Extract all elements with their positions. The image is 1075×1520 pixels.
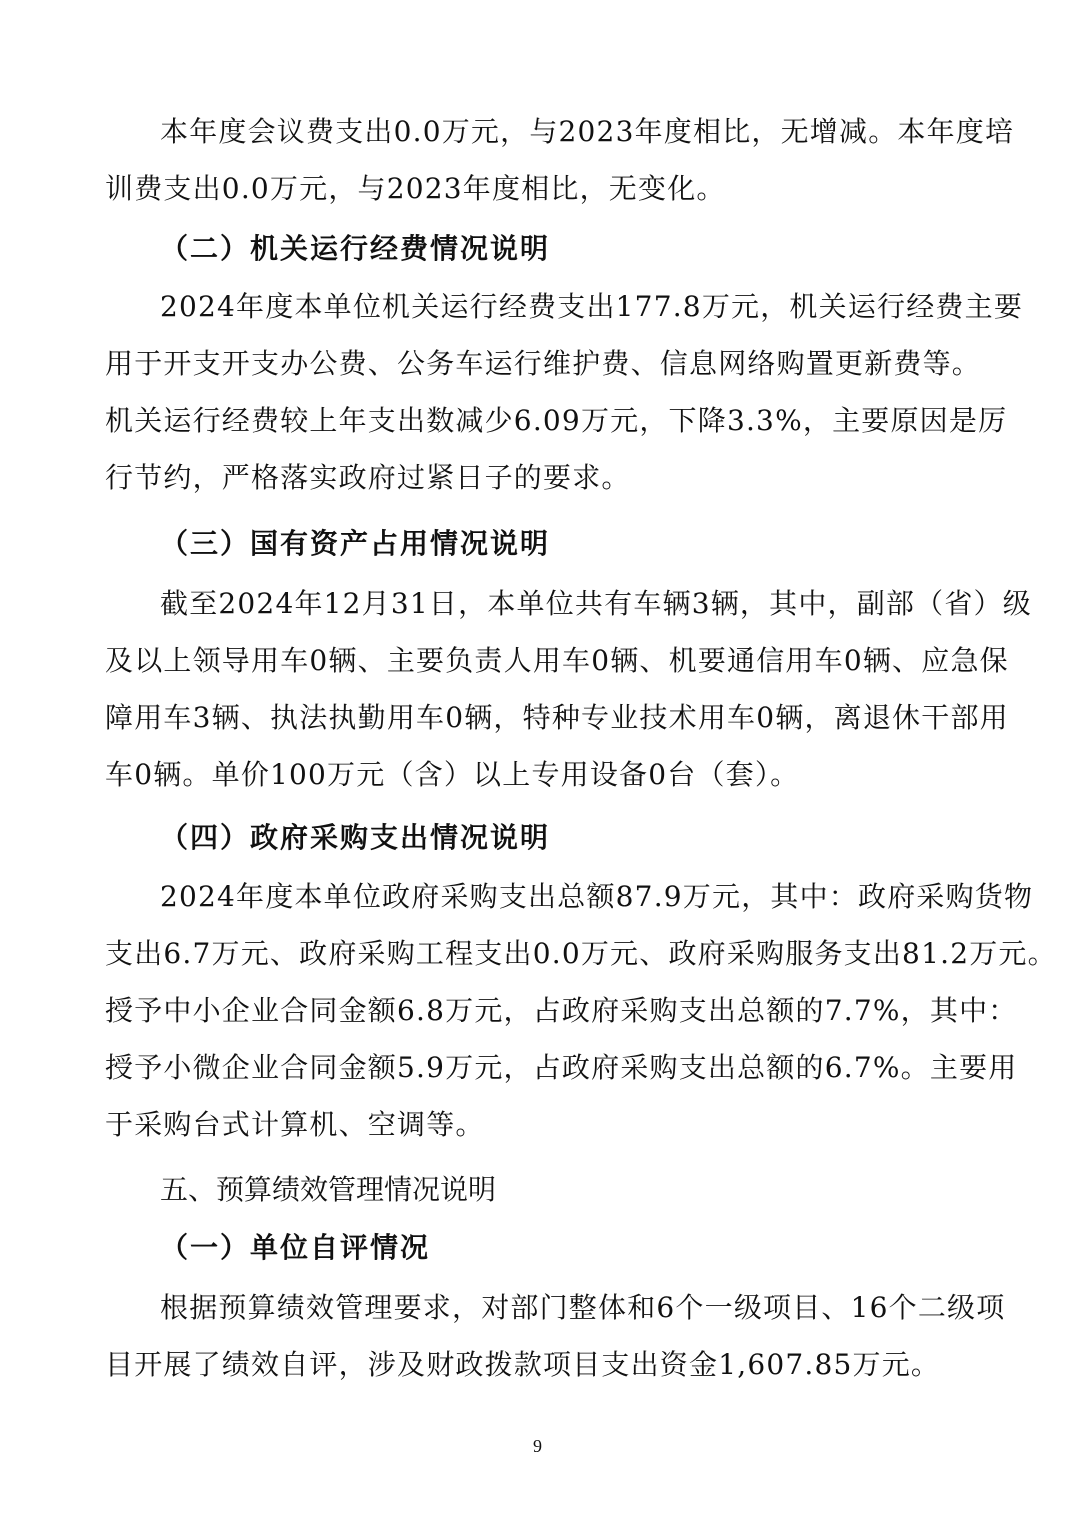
paragraph-line: 用于开支开支办公费、公务车运行维护费、信息网络购置更新费等。	[105, 344, 973, 384]
paragraph-line: 授予中小企业合同金额6.8万元，占政府采购支出总额的7.7%，其中：	[105, 991, 973, 1031]
paragraph-line: 根据预算绩效管理要求，对部门整体和6个一级项目、16个二级项	[160, 1288, 973, 1328]
paragraph-line: 授予小微企业合同金额5.9万元，占政府采购支出总额的6.7%。主要用	[105, 1048, 973, 1088]
paragraph-line: 机关运行经费较上年支出数减少6.09万元，下降3.3%，主要原因是厉	[105, 401, 973, 441]
chapter-heading: 五、预算绩效管理情况说明	[160, 1170, 496, 1210]
paragraph-line: 车0辆。单价100万元（含）以上专用设备0台（套）。	[105, 755, 973, 795]
section-heading: （三）国有资产占用情况说明	[160, 524, 550, 564]
paragraph-line: 障用车3辆、执法执勤用车0辆，特种专业技术用车0辆，离退休干部用	[105, 698, 973, 738]
paragraph-line: 2024年度本单位机关运行经费支出177.8万元，机关运行经费主要	[160, 287, 973, 327]
paragraph-line: 截至2024年12月31日，本单位共有车辆3辆，其中，副部（省）级	[160, 584, 973, 624]
paragraph-line: 2024年度本单位政府采购支出总额87.9万元，其中：政府采购货物	[160, 877, 973, 917]
document-page: 本年度会议费支出0.0万元，与2023年度相比，无增减。本年度培 训费支出0.0…	[0, 0, 1075, 1520]
page-number: 9	[0, 1434, 1075, 1458]
paragraph-line: 行节约，严格落实政府过紧日子的要求。	[105, 458, 973, 498]
paragraph-line: 支出6.7万元、政府采购工程支出0.0万元、政府采购服务支出81.2万元。	[105, 934, 973, 974]
paragraph-line: 训费支出0.0万元，与2023年度相比，无变化。	[105, 169, 973, 209]
paragraph-line: 于采购台式计算机、空调等。	[105, 1105, 973, 1145]
section-heading: （二）机关运行经费情况说明	[160, 229, 550, 269]
paragraph-line: 及以上领导用车0辆、主要负责人用车0辆、机要通信用车0辆、应急保	[105, 641, 973, 681]
section-heading: （一）单位自评情况	[160, 1228, 430, 1268]
section-heading: （四）政府采购支出情况说明	[160, 818, 550, 858]
paragraph-line: 本年度会议费支出0.0万元，与2023年度相比，无增减。本年度培	[160, 112, 973, 152]
paragraph-line: 目开展了绩效自评，涉及财政拨款项目支出资金1,607.85万元。	[105, 1345, 973, 1385]
